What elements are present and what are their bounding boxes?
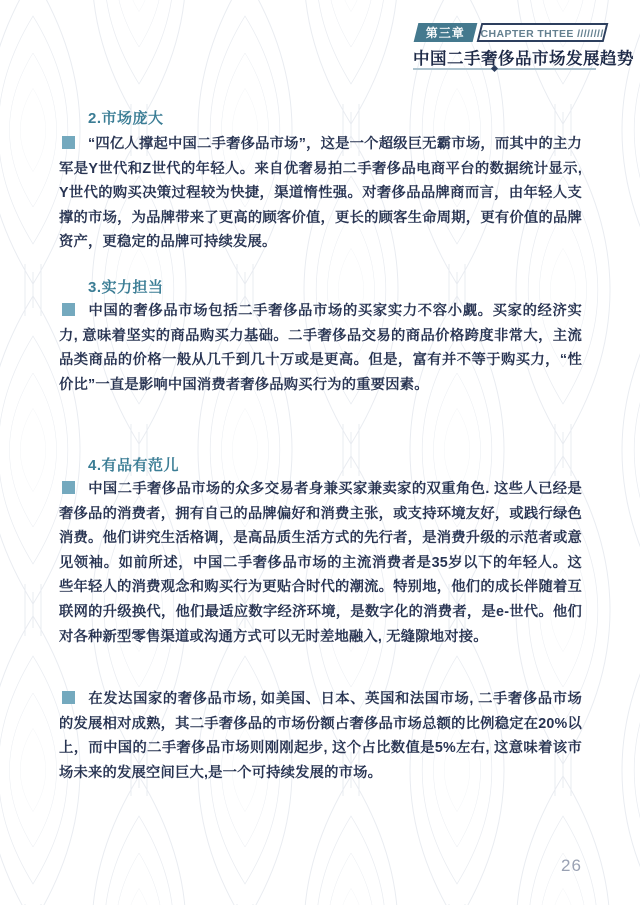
chapter-english-label: CHAPTER THTEE //////// (481, 27, 604, 42)
section-heading-buying-power: 3.实力担当 (88, 276, 164, 297)
chapter-badge: 第三章 (414, 23, 478, 42)
page-number: 26 (561, 856, 582, 876)
paragraph-market-size: “四亿人撑起中国二手奢侈品市场”，这是一个超级巨无霸市场，而其中的主力军是Y世代… (59, 132, 582, 255)
paragraph-text: 中国的奢侈品市场包括二手奢侈品市场的买家实力不容小觑。买家的经济实力, 意味着坚… (59, 303, 582, 393)
bullet-square-icon (62, 691, 75, 704)
chapter-english-box: CHAPTER THTEE //////// (477, 23, 609, 42)
paragraph-text: 中国二手奢侈品市场的众多交易者身兼买家兼卖家的双重角色. 这些人已经是奢侈品的消… (59, 481, 582, 645)
paragraph-buying-power: 中国的奢侈品市场包括二手奢侈品市场的买家实力不容小觑。买家的经济实力, 意味着坚… (59, 299, 582, 397)
chapter-badge-label: 第三章 (426, 24, 465, 43)
chapter-header: 第三章 CHAPTER THTEE //////// (413, 23, 597, 42)
bullet-square-icon (62, 303, 75, 316)
bullet-square-icon (62, 136, 75, 149)
report-page: 第三章 CHAPTER THTEE //////// 中国二手奢侈品市场发展趋势… (0, 0, 640, 905)
paragraph-text: 在发达国家的奢侈品市场, 如美国、日本、英国和法国市场, 二手奢侈品市场的发展相… (59, 691, 582, 781)
section-heading-taste-style: 4.有品有范儿 (88, 454, 179, 475)
section-heading-market-size: 2.市场庞大 (88, 107, 164, 128)
page-title: 中国二手奢侈品市场发展趋势 (413, 45, 597, 69)
paragraph-market-outlook: 在发达国家的奢侈品市场, 如美国、日本、英国和法国市场, 二手奢侈品市场的发展相… (59, 687, 582, 785)
bullet-square-icon (62, 481, 75, 494)
paragraph-taste-style: 中国二手奢侈品市场的众多交易者身兼买家兼卖家的双重角色. 这些人已经是奢侈品的消… (59, 477, 582, 649)
paragraph-text: “四亿人撑起中国二手奢侈品市场”，这是一个超级巨无霸市场，而其中的主力军是Y世代… (59, 136, 582, 250)
header-rule (413, 68, 596, 70)
